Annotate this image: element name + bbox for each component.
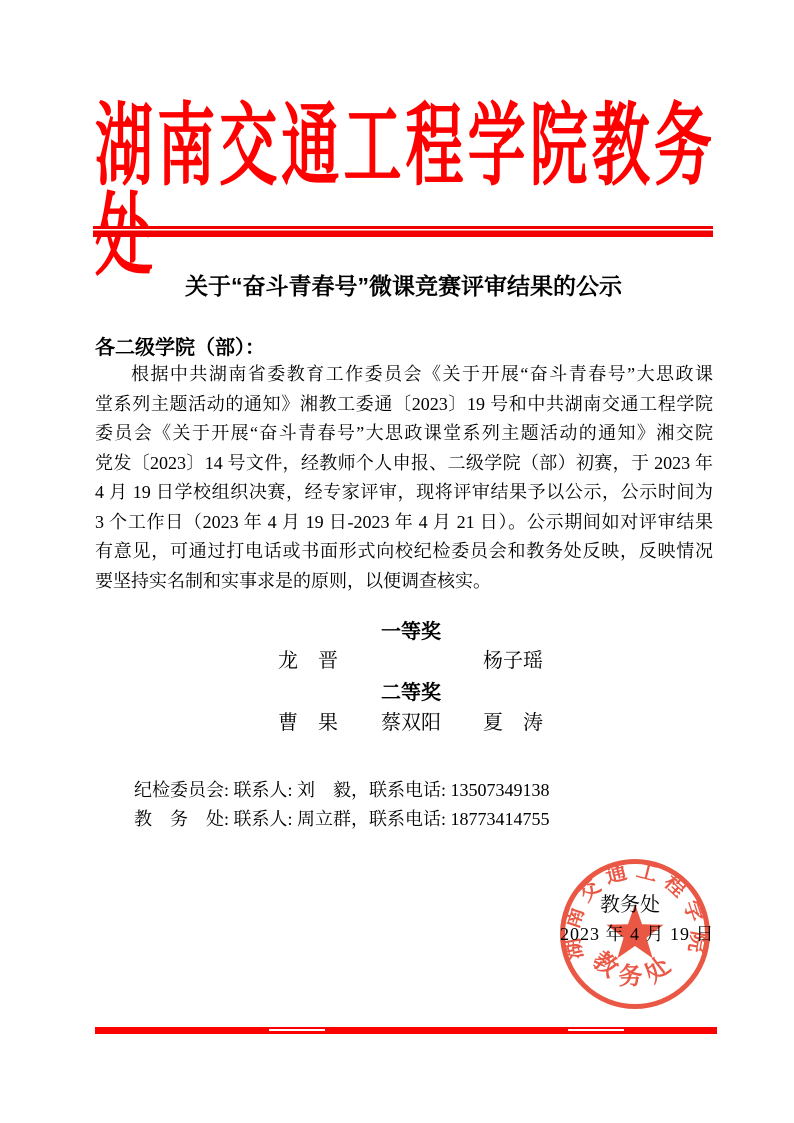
paragraph-line: 根据中共湖南省委教育工作委员会《关于开展“奋斗青春号”大思政课 — [95, 360, 713, 390]
paragraph-line: 3 个工作日（2023 年 4 月 19 日-2023 年 4 月 21 日）。… — [95, 508, 713, 538]
svg-text:教务处: 教务处 — [587, 947, 682, 990]
award-winner: 蔡双阳 — [381, 712, 441, 734]
paragraph-line: 党发〔2023〕14 号文件，经教师个人申报、二级学院（部）初赛，于 2023 … — [95, 449, 713, 479]
salutation: 各二级学院（部）： — [95, 337, 265, 359]
award-winner: 夏 涛 — [483, 712, 543, 734]
header-divider-line — [93, 226, 713, 237]
first-prize-heading: 一等奖 — [381, 621, 501, 643]
paragraph-line: 委员会《关于开展“奋斗青春号”大思政课堂系列主题活动的通知》湘交院 — [95, 419, 713, 449]
seal-star-icon — [606, 904, 663, 958]
award-winner: 杨子瑶 — [483, 650, 543, 672]
paragraph-line: 要坚持实名制和实事求是的原则，以便调查核实。 — [95, 567, 713, 597]
paragraph-line: 堂系列主题活动的通知》湘教工委通〔2023〕19 号和中共湖南交通工程学院 — [95, 390, 713, 420]
official-seal: 湖南交通工程学院 教务处 — [556, 855, 714, 1013]
award-winner: 龙 晋 — [278, 650, 338, 672]
contact-info: 纪检委员会: 联系人: 刘 毅，联系电话: 13507349138 教 务 处:… — [134, 776, 550, 834]
paragraph-line: 有意见，可通过打电话或书面形式向校纪检委员会和教务处反映，反映情况 — [95, 537, 713, 567]
footer-divider-line — [95, 1027, 717, 1034]
letterhead-title: 湖南交通工程学院教务处 — [95, 102, 712, 195]
seal-bottom-text: 教务处 — [587, 947, 682, 990]
document-page: 湖南交通工程学院教务处 关于“奋斗青春号”微课竞赛评审结果的公示 各二级学院（部… — [0, 0, 794, 1123]
paragraph-line: 4 月 19 日学校组织决赛，经专家评审，现将评审结果予以公示，公示时间为 — [95, 478, 713, 508]
body-paragraph: 根据中共湖南省委教育工作委员会《关于开展“奋斗青春号”大思政课 堂系列主题活动的… — [95, 360, 713, 596]
contact-line: 纪检委员会: 联系人: 刘 毅，联系电话: 13507349138 — [134, 776, 550, 805]
contact-line: 教 务 处: 联系人: 周立群，联系电话: 18773414755 — [134, 805, 550, 834]
award-winner: 曹 果 — [278, 712, 338, 734]
document-title: 关于“奋斗青春号”微课竞赛评审结果的公示 — [95, 271, 712, 301]
second-prize-heading: 二等奖 — [381, 682, 501, 704]
